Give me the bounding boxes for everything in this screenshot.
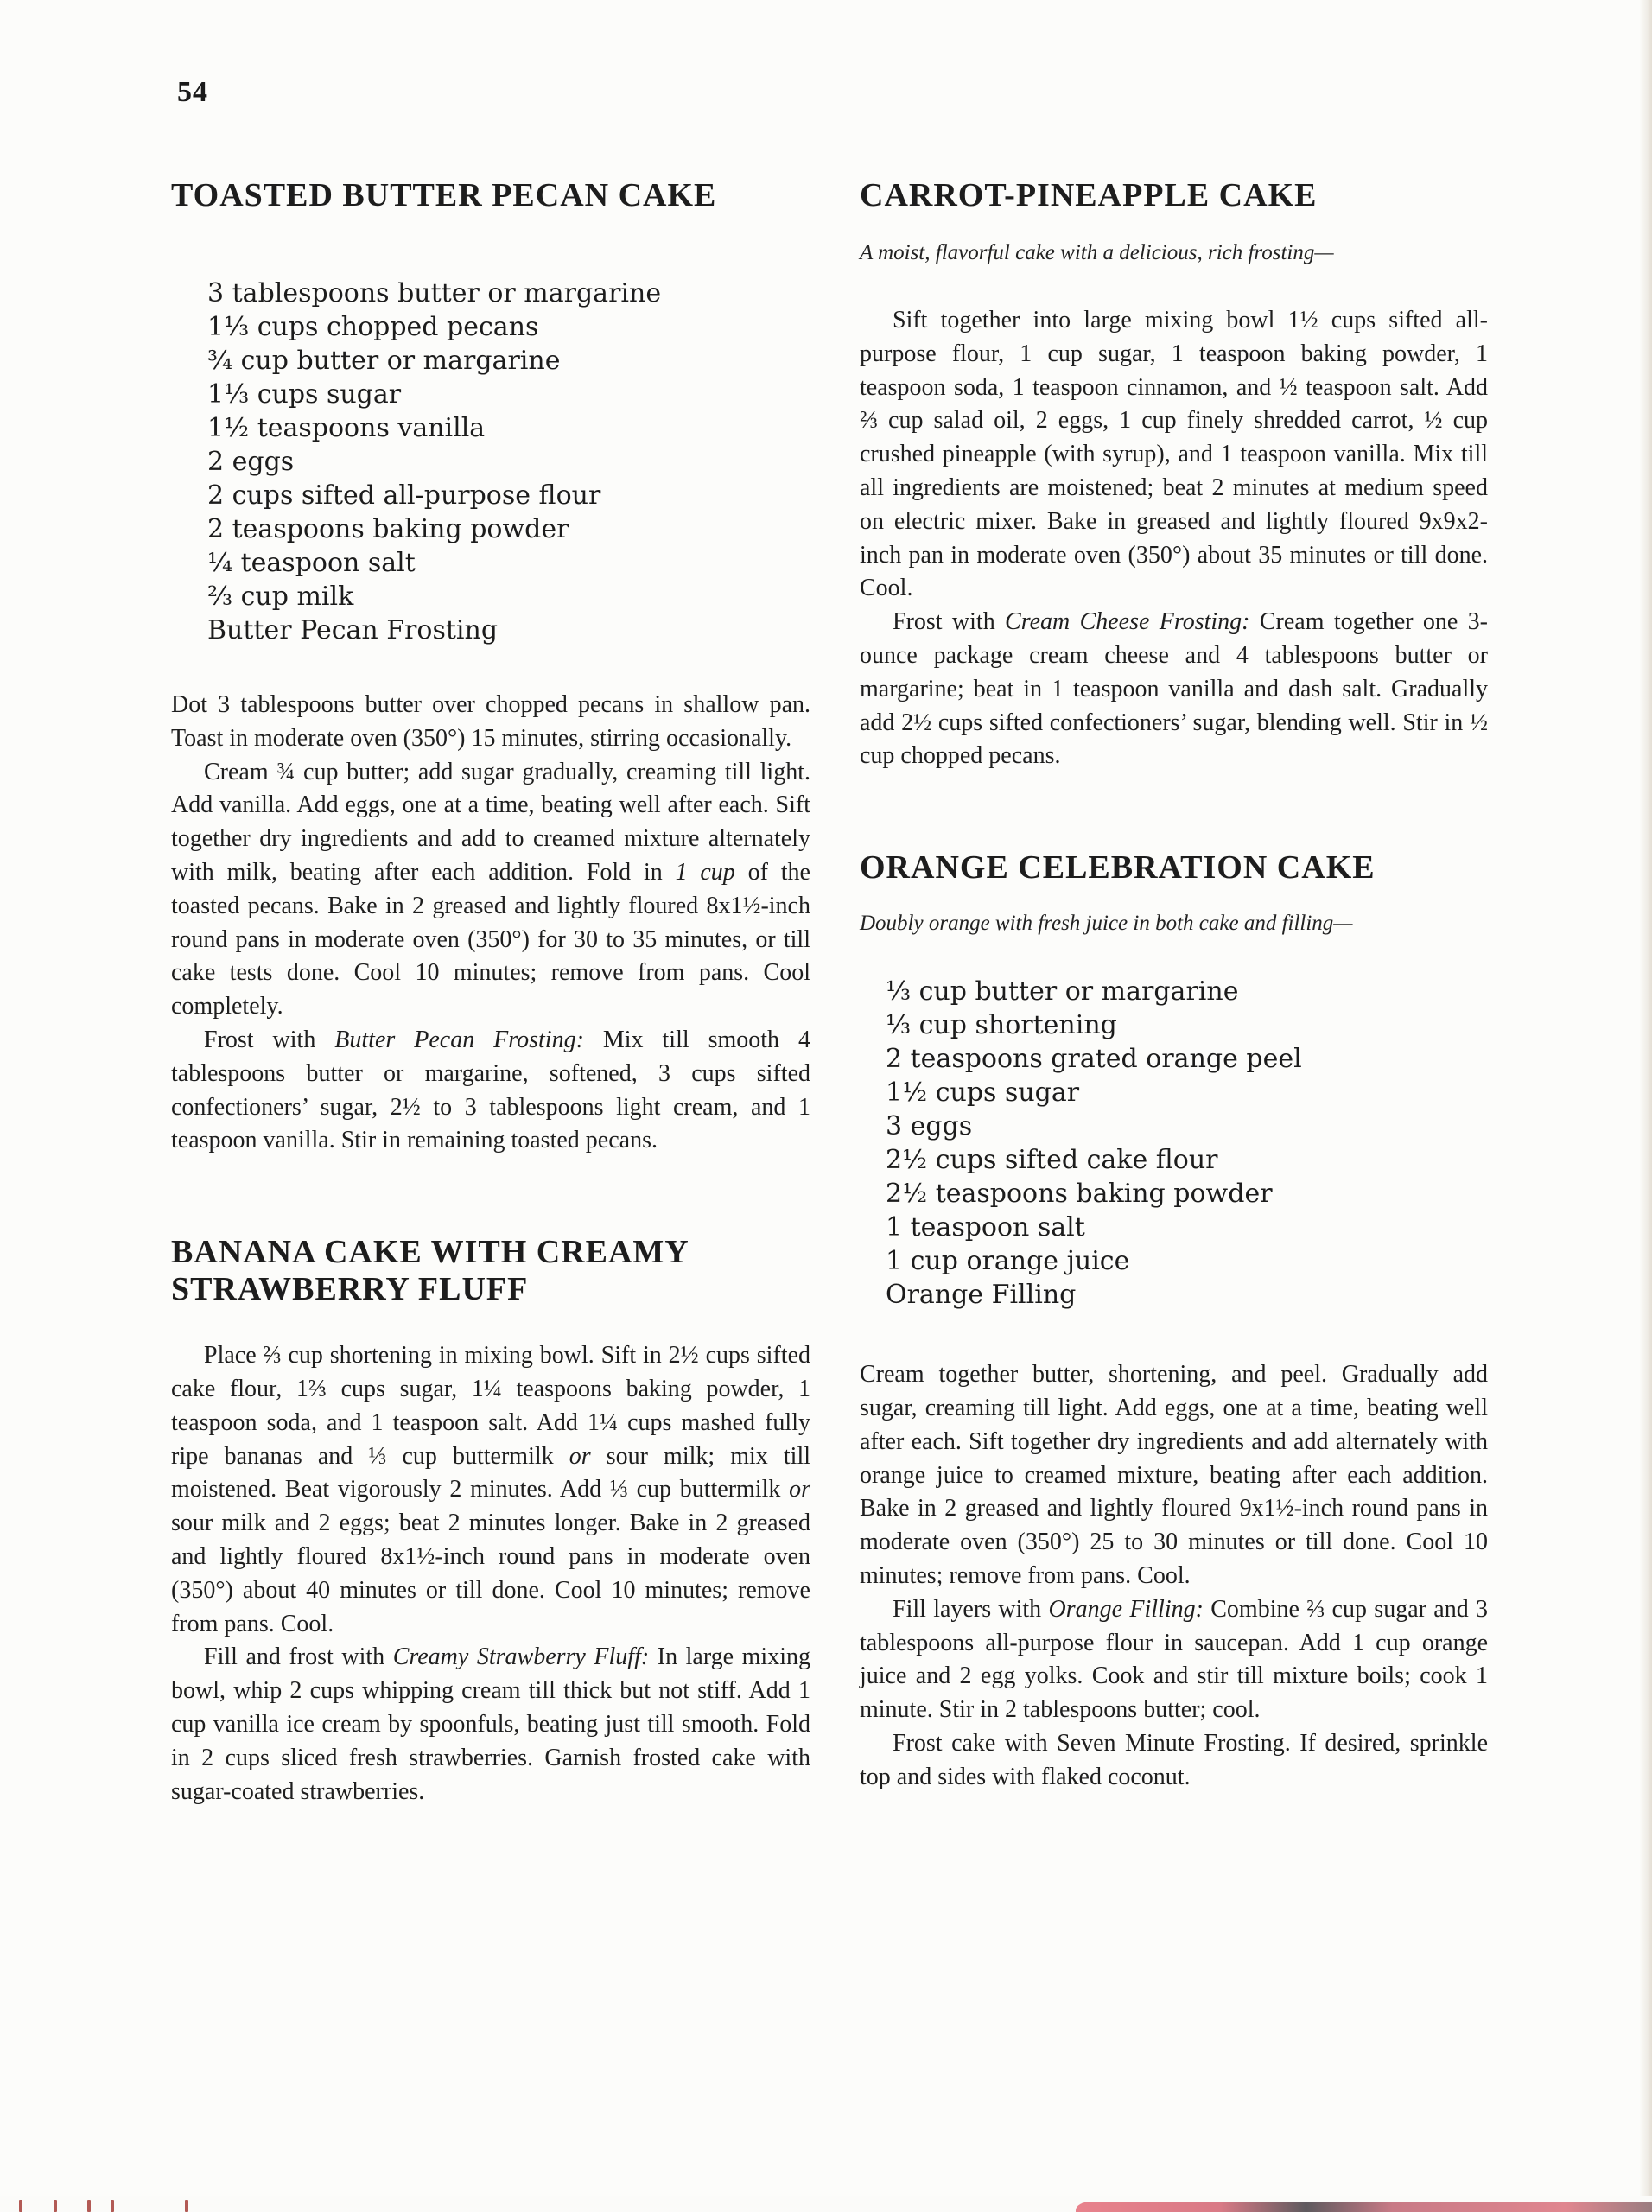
recipe-toasted-butter-pecan-cake: TOASTED BUTTER PECAN CAKE 3 tablespoons …: [171, 177, 810, 1158]
ingredient-item: Butter Pecan Frosting: [207, 613, 810, 647]
ingredient-item: ⅓ cup butter or margarine: [886, 975, 1488, 1008]
ingredient-item: 3 tablespoons butter or margarine: [207, 276, 810, 310]
right-column: CARROT-PINEAPPLE CAKE A moist, flavorful…: [860, 177, 1488, 1795]
recipe-orange-celebration-cake: ORANGE CELEBRATION CAKE Doubly orange wi…: [860, 849, 1488, 1794]
method-paragraph: Fill layers with Orange Filling: Combine…: [860, 1593, 1488, 1727]
method-text: Sift together into large mixing bowl 1½ …: [860, 304, 1488, 773]
bleed-mark: [87, 2200, 91, 2212]
ingredient-item: ¼ teaspoon salt: [207, 546, 810, 580]
bleed-mark: [185, 2200, 188, 2212]
method-text: Dot 3 tablespoons butter over chopped pe…: [171, 689, 810, 1158]
sub-recipe-name: Cream Cheese Frosting:: [1005, 608, 1249, 635]
bleed-mark: [54, 2200, 57, 2212]
ingredient-item: 2 eggs: [207, 445, 810, 479]
method-paragraph: Frost cake with Seven Minute Frosting. I…: [860, 1727, 1488, 1795]
ingredient-item: 1 cup orange juice: [886, 1244, 1488, 1278]
page-number: 54: [177, 76, 208, 109]
cookbook-page: 54 TOASTED BUTTER PECAN CAKE 3 tablespoo…: [0, 0, 1652, 2212]
recipe-subtitle: Doubly orange with fresh juice in both c…: [860, 911, 1488, 937]
ingredient-item: 1⅓ cups chopped pecans: [207, 310, 810, 344]
page-edge-shadow: [1640, 0, 1652, 2212]
method-paragraph: Cream ¾ cup butter; add sugar gradually,…: [171, 756, 810, 1024]
ingredient-item: 1 teaspoon salt: [886, 1211, 1488, 1244]
ingredient-item: 2 teaspoons grated orange peel: [886, 1042, 1488, 1076]
method-paragraph: Frost with Butter Pecan Frosting: Mix ti…: [171, 1024, 810, 1158]
method-paragraph: Fill and frost with Creamy Strawberry Fl…: [171, 1641, 810, 1808]
sub-recipe-name: Creamy Strawberry Fluff:: [393, 1643, 650, 1670]
emphasis: or: [569, 1443, 591, 1470]
ingredient-item: 3 eggs: [886, 1109, 1488, 1143]
method-paragraph: Dot 3 tablespoons butter over chopped pe…: [171, 689, 810, 756]
ingredient-item: 2 cups sifted all-purpose flour: [207, 479, 810, 512]
sub-recipe-name: Butter Pecan Frosting:: [334, 1027, 584, 1053]
bleed-mark: [111, 2200, 114, 2212]
emphasis: 1 cup: [676, 859, 735, 886]
ingredient-item: 2½ teaspoons baking powder: [886, 1177, 1488, 1211]
ingredient-item: 1½ teaspoons vanilla: [207, 411, 810, 445]
recipe-subtitle: A moist, flavorful cake with a delicious…: [860, 240, 1488, 266]
recipe-title: ORANGE CELEBRATION CAKE: [860, 849, 1488, 887]
ingredient-item: 1⅓ cups sugar: [207, 378, 810, 411]
ingredient-list: 3 tablespoons butter or margarine 1⅓ cup…: [207, 276, 810, 647]
recipe-title: BANANA CAKE WITH CREAMY STRAWBERRY FLUFF: [171, 1234, 810, 1308]
method-paragraph: Sift together into large mixing bowl 1½ …: [860, 304, 1488, 606]
ingredient-item: 1½ cups sugar: [886, 1076, 1488, 1109]
emphasis: or: [789, 1476, 810, 1503]
ingredient-item: Orange Filling: [886, 1278, 1488, 1312]
method-text: Place ⅔ cup shortening in mixing bowl. S…: [171, 1339, 810, 1808]
bleed-mark: [19, 2200, 22, 2212]
recipe-title: CARROT-PINEAPPLE CAKE: [860, 177, 1488, 214]
method-paragraph: Frost with Cream Cheese Frosting: Cream …: [860, 606, 1488, 773]
left-column: TOASTED BUTTER PECAN CAKE 3 tablespoons …: [171, 177, 810, 1808]
recipe-banana-cake-strawberry-fluff: BANANA CAKE WITH CREAMY STRAWBERRY FLUFF…: [171, 1234, 810, 1808]
ingredient-item: ⅔ cup milk: [207, 580, 810, 613]
recipe-title: TOASTED BUTTER PECAN CAKE: [171, 177, 810, 214]
method-paragraph: Cream together butter, shortening, and p…: [860, 1358, 1488, 1593]
recipe-carrot-pineapple-cake: CARROT-PINEAPPLE CAKE A moist, flavorful…: [860, 177, 1488, 773]
ingredient-list: ⅓ cup butter or margarine ⅓ cup shorteni…: [886, 975, 1488, 1312]
method-text: Cream together butter, shortening, and p…: [860, 1358, 1488, 1794]
ingredient-item: 2 teaspoons baking powder: [207, 512, 810, 546]
ingredient-item: ¾ cup butter or margarine: [207, 344, 810, 378]
method-paragraph: Place ⅔ cup shortening in mixing bowl. S…: [171, 1339, 810, 1641]
next-page-photo-bleed: [1076, 2202, 1652, 2212]
ingredient-item: 2½ cups sifted cake flour: [886, 1143, 1488, 1177]
ingredient-item: ⅓ cup shortening: [886, 1008, 1488, 1042]
sub-recipe-name: Orange Filling:: [1049, 1596, 1204, 1623]
